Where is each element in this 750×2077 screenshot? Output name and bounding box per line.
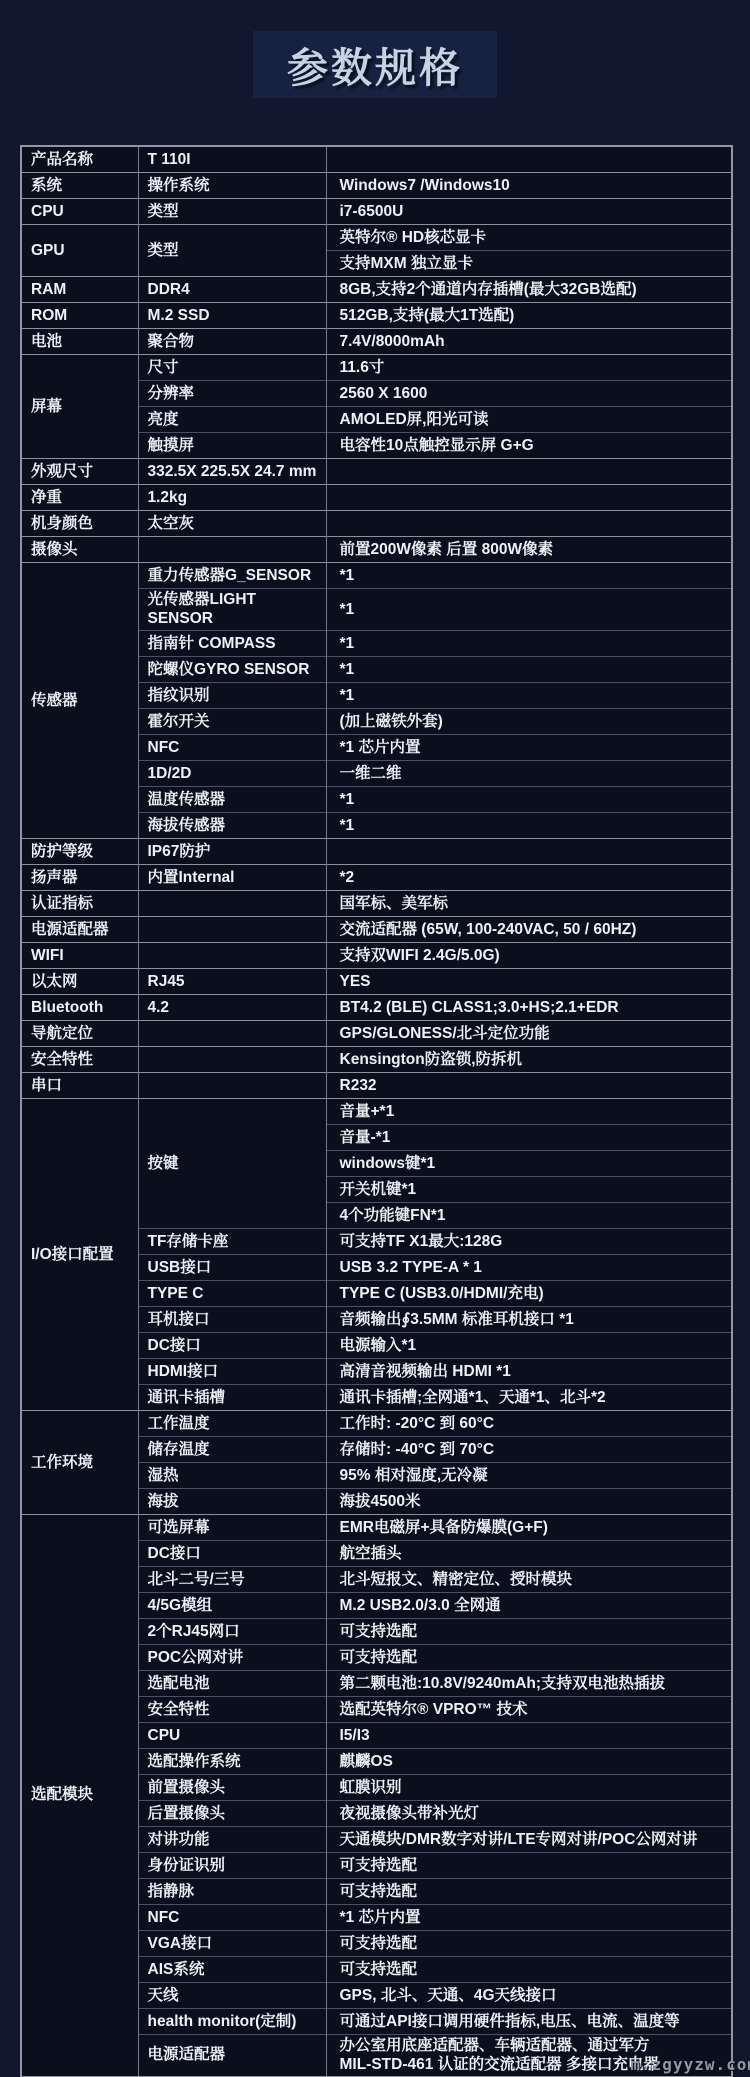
spec-value-cell: (加上磁铁外套) <box>326 708 732 734</box>
spec-category-cell: I/O接口配置 <box>21 1098 138 1410</box>
spec-value-cell: i7-6500U <box>326 199 732 225</box>
spec-sub-cell: 前置摄像头 <box>138 1774 326 1800</box>
spec-sub-cell: 工作温度 <box>138 1410 326 1436</box>
spec-sub-cell <box>138 916 326 942</box>
spec-sub-cell <box>138 942 326 968</box>
spec-sub-cell: 按键 <box>138 1098 326 1228</box>
spec-sub-cell: 对讲功能 <box>138 1826 326 1852</box>
spec-sub-cell: 霍尔开关 <box>138 708 326 734</box>
spec-category-cell: 选配模块 <box>21 1514 138 2076</box>
table-row: 选配模块可选屏幕EMR电磁屏+具备防爆膜(G+F) <box>21 1514 732 1540</box>
spec-sub-cell <box>138 1020 326 1046</box>
table-row: 导航定位GPS/GLONESS/北斗定位功能 <box>21 1020 732 1046</box>
spec-sub-cell: M.2 SSD <box>138 303 326 329</box>
table-row: 传感器重力传感器G_SENSOR*1 <box>21 563 732 589</box>
spec-value-cell: 一维二维 <box>326 760 732 786</box>
spec-sub-cell <box>138 1046 326 1072</box>
spec-value-cell: 可通过API接口调用硬件指标,电压、电流、温度等 <box>326 2008 732 2034</box>
spec-sub-cell: 海拔 <box>138 1488 326 1514</box>
spec-value-cell: 4个功能键FN*1 <box>326 1202 732 1228</box>
spec-sub-cell: 可选屏幕 <box>138 1514 326 1540</box>
spec-sub-cell: health monitor(定制) <box>138 2008 326 2034</box>
spec-value-cell: 可支持TF X1最大:128G <box>326 1228 732 1254</box>
spec-value-cell: *1 <box>326 786 732 812</box>
spec-value-cell: 海拔4500米 <box>326 1488 732 1514</box>
spec-category-cell: 传感器 <box>21 563 138 839</box>
spec-value-cell: 支持双WIFI 2.4G/5.0G) <box>326 942 732 968</box>
spec-sub-cell: 尺寸 <box>138 355 326 381</box>
spec-sub-cell: POC公网对讲 <box>138 1644 326 1670</box>
spec-value-cell: *1 <box>326 812 732 838</box>
spec-sub-cell: 4/5G模组 <box>138 1592 326 1618</box>
spec-value-cell: 交流适配器 (65W, 100-240VAC, 50 / 60HZ) <box>326 916 732 942</box>
spec-value-cell: Windows7 /Windows10 <box>326 173 732 199</box>
spec-value-cell: 高清音视频输出 HDMI *1 <box>326 1358 732 1384</box>
spec-sub-cell: 2个RJ45网口 <box>138 1618 326 1644</box>
spec-category-cell: 电源适配器 <box>21 916 138 942</box>
spec-sub-cell: TYPE C <box>138 1280 326 1306</box>
spec-category-cell: 产品名称 <box>21 146 138 173</box>
table-row: 安全特性Kensington防盗锁,防拆机 <box>21 1046 732 1072</box>
table-row: I/O接口配置按键音量+*1 <box>21 1098 732 1124</box>
spec-value-cell: AMOLED屏,阳光可读 <box>326 407 732 433</box>
table-row: 防护等级IP67防护 <box>21 838 732 864</box>
table-row: 工作环境工作温度工作时: -20°C 到 60°C <box>21 1410 732 1436</box>
table-row: ROMM.2 SSD512GB,支持(最大1T选配) <box>21 303 732 329</box>
spec-sub-cell: 类型 <box>138 199 326 225</box>
spec-value-cell: 可支持选配 <box>326 1878 732 1904</box>
spec-sub-cell: 电源适配器 <box>138 2034 326 2076</box>
table-row: 屏幕尺寸11.6寸 <box>21 355 732 381</box>
spec-sub-cell: DDR4 <box>138 277 326 303</box>
spec-category-cell: Bluetooth <box>21 994 138 1020</box>
spec-value-cell: 航空插头 <box>326 1540 732 1566</box>
spec-sub-cell: HDMI接口 <box>138 1358 326 1384</box>
table-row: WIFI支持双WIFI 2.4G/5.0G) <box>21 942 732 968</box>
spec-value-cell: 麒麟OS <box>326 1748 732 1774</box>
table-row: 电源适配器交流适配器 (65W, 100-240VAC, 50 / 60HZ) <box>21 916 732 942</box>
table-row: 摄像头前置200W像素 后置 800W像素 <box>21 537 732 563</box>
spec-sub-cell: 分辨率 <box>138 381 326 407</box>
table-row: 以太网RJ45YES <box>21 968 732 994</box>
spec-value-cell: *1 <box>326 563 732 589</box>
spec-sub-cell: 北斗二号/三号 <box>138 1566 326 1592</box>
spec-value-cell: *1 <box>326 630 732 656</box>
table-row: 电池聚合物7.4V/8000mAh <box>21 329 732 355</box>
spec-sub-cell: DC接口 <box>138 1540 326 1566</box>
spec-category-cell: 净重 <box>21 485 138 511</box>
spec-category-cell: CPU <box>21 199 138 225</box>
spec-sub-cell: 指纹识别 <box>138 682 326 708</box>
spec-value-cell: 通讯卡插槽;全网通*1、天通*1、北斗*2 <box>326 1384 732 1410</box>
spec-value-cell: 开关机键*1 <box>326 1176 732 1202</box>
spec-sub-cell: T 110I <box>138 146 326 173</box>
spec-category-cell: GPU <box>21 225 138 277</box>
table-row: 产品名称T 110I <box>21 146 732 173</box>
spec-sub-cell: 耳机接口 <box>138 1306 326 1332</box>
spec-value-cell: *1 芯片内置 <box>326 734 732 760</box>
spec-value-cell: 可支持选配 <box>326 1956 732 1982</box>
spec-value-cell: M.2 USB2.0/3.0 全网通 <box>326 1592 732 1618</box>
spec-value-cell: 音频输出∮3.5MM 标准耳机接口 *1 <box>326 1306 732 1332</box>
spec-value-cell: R232 <box>326 1072 732 1098</box>
spec-category-cell: 屏幕 <box>21 355 138 459</box>
spec-value-cell: GPS, 北斗、天通、4G天线接口 <box>326 1982 732 2008</box>
table-row: Bluetooth4.2BT4.2 (BLE) CLASS1;3.0+HS;2.… <box>21 994 732 1020</box>
spec-sub-cell: 后置摄像头 <box>138 1800 326 1826</box>
spec-sub-cell: 内置Internal <box>138 864 326 890</box>
spec-value-cell: 支持MXM 独立显卡 <box>326 251 732 277</box>
spec-category-cell: 导航定位 <box>21 1020 138 1046</box>
spec-value-cell: 可支持选配 <box>326 1930 732 1956</box>
spec-sub-cell: 温度传感器 <box>138 786 326 812</box>
spec-value-cell: TYPE C (USB3.0/HDMI/充电) <box>326 1280 732 1306</box>
spec-value-cell: 可支持选配 <box>326 1852 732 1878</box>
spec-value-cell: BT4.2 (BLE) CLASS1;3.0+HS;2.1+EDR <box>326 994 732 1020</box>
spec-value-cell: GPS/GLONESS/北斗定位功能 <box>326 1020 732 1046</box>
spec-value-cell: 512GB,支持(最大1T选配) <box>326 303 732 329</box>
spec-sub-cell: RJ45 <box>138 968 326 994</box>
table-row: 净重1.2kg <box>21 485 732 511</box>
spec-value-cell: *1 <box>326 656 732 682</box>
spec-value-cell: *1 芯片内置 <box>326 1904 732 1930</box>
spec-sub-cell: 天线 <box>138 1982 326 2008</box>
spec-value-cell: I5/I3 <box>326 1722 732 1748</box>
spec-value-cell: windows键*1 <box>326 1150 732 1176</box>
spec-sub-cell: AIS系统 <box>138 1956 326 1982</box>
table-row: 扬声器内置Internal*2 <box>21 864 732 890</box>
spec-value-cell: 虹膜识别 <box>326 1774 732 1800</box>
page-title-box: 参数规格 <box>253 31 497 98</box>
spec-sub-cell: 太空灰 <box>138 511 326 537</box>
spec-sub-cell: 1.2kg <box>138 485 326 511</box>
page: { "theme":{ "page_bg":"#121730","table_b… <box>0 0 750 2077</box>
spec-category-cell: 防护等级 <box>21 838 138 864</box>
spec-category-cell: WIFI <box>21 942 138 968</box>
spec-value-cell: *1 <box>326 682 732 708</box>
spec-sub-cell: TF存储卡座 <box>138 1228 326 1254</box>
spec-value-cell <box>326 146 732 173</box>
table-row: 外观尺寸332.5X 225.5X 24.7 mm <box>21 459 732 485</box>
spec-sub-cell: 海拔传感器 <box>138 812 326 838</box>
spec-value-cell: 电源输入*1 <box>326 1332 732 1358</box>
spec-value-cell: EMR电磁屏+具备防爆膜(G+F) <box>326 1514 732 1540</box>
spec-sub-cell <box>138 1072 326 1098</box>
table-row: CPU类型i7-6500U <box>21 199 732 225</box>
spec-value-cell: YES <box>326 968 732 994</box>
spec-category-cell: 串口 <box>21 1072 138 1098</box>
spec-category-cell: 外观尺寸 <box>21 459 138 485</box>
spec-value-cell: 天通模块/DMR数字对讲/LTE专网对讲/POC公网对讲 <box>326 1826 732 1852</box>
spec-sub-cell: 身份证识别 <box>138 1852 326 1878</box>
spec-category-cell: 机身颜色 <box>21 511 138 537</box>
spec-table: 产品名称T 110I系统操作系统Windows7 /Windows10CPU类型… <box>20 145 733 2077</box>
spec-category-cell: ROM <box>21 303 138 329</box>
spec-sub-cell: 聚合物 <box>138 329 326 355</box>
spec-sub-cell: 1D/2D <box>138 760 326 786</box>
table-row: 机身颜色太空灰 <box>21 511 732 537</box>
spec-sub-cell: 指南针 COMPASS <box>138 630 326 656</box>
spec-sub-cell: 陀螺仪GYRO SENSOR <box>138 656 326 682</box>
spec-sub-cell: VGA接口 <box>138 1930 326 1956</box>
spec-value-cell: 可支持选配 <box>326 1618 732 1644</box>
spec-sub-cell: 储存温度 <box>138 1436 326 1462</box>
spec-sub-cell: 332.5X 225.5X 24.7 mm <box>138 459 326 485</box>
spec-value-cell: 可支持选配 <box>326 1644 732 1670</box>
spec-category-cell: 工作环境 <box>21 1410 138 1514</box>
spec-sub-cell: 触摸屏 <box>138 433 326 459</box>
spec-sub-cell: 通讯卡插槽 <box>138 1384 326 1410</box>
spec-value-cell: 8GB,支持2个通道内存插槽(最大32GB选配) <box>326 277 732 303</box>
spec-sub-cell: 重力传感器G_SENSOR <box>138 563 326 589</box>
spec-sub-cell: 4.2 <box>138 994 326 1020</box>
watermark: m.zgyyzw.com <box>630 2055 750 2074</box>
spec-value-cell: USB 3.2 TYPE-A * 1 <box>326 1254 732 1280</box>
spec-value-cell: 前置200W像素 后置 800W像素 <box>326 537 732 563</box>
page-title: 参数规格 <box>287 35 463 94</box>
spec-sub-cell: IP67防护 <box>138 838 326 864</box>
spec-sub-cell <box>138 537 326 563</box>
spec-value-cell <box>326 838 732 864</box>
spec-value-cell: *1 <box>326 589 732 631</box>
spec-category-cell: 电池 <box>21 329 138 355</box>
spec-value-cell: 第二颗电池:10.8V/9240mAh;支持双电池热插拔 <box>326 1670 732 1696</box>
spec-value-cell <box>326 485 732 511</box>
spec-value-cell: 11.6寸 <box>326 355 732 381</box>
spec-category-cell: 系统 <box>21 173 138 199</box>
spec-value-cell <box>326 459 732 485</box>
spec-value-cell: 电容性10点触控显示屏 G+G <box>326 433 732 459</box>
spec-value-cell: 北斗短报文、精密定位、授时模块 <box>326 1566 732 1592</box>
spec-sub-cell: NFC <box>138 734 326 760</box>
spec-value-cell: Kensington防盗锁,防拆机 <box>326 1046 732 1072</box>
table-row: 系统操作系统Windows7 /Windows10 <box>21 173 732 199</box>
spec-value-cell <box>326 511 732 537</box>
spec-sub-cell <box>138 890 326 916</box>
spec-sub-cell: 选配操作系统 <box>138 1748 326 1774</box>
spec-sub-cell: NFC <box>138 1904 326 1930</box>
spec-table-body: 产品名称T 110I系统操作系统Windows7 /Windows10CPU类型… <box>21 146 732 2077</box>
table-row: GPU类型英特尔® HD核芯显卡 <box>21 225 732 251</box>
spec-sub-cell: 选配电池 <box>138 1670 326 1696</box>
spec-value-cell: 95% 相对湿度,无冷凝 <box>326 1462 732 1488</box>
spec-sub-cell: 操作系统 <box>138 173 326 199</box>
spec-sub-cell: USB接口 <box>138 1254 326 1280</box>
spec-sub-cell: 指静脉 <box>138 1878 326 1904</box>
spec-value-cell: 存储时: -40°C 到 70°C <box>326 1436 732 1462</box>
table-row: 认证指标国军标、美军标 <box>21 890 732 916</box>
spec-category-cell: 扬声器 <box>21 864 138 890</box>
spec-value-cell: 音量+*1 <box>326 1098 732 1124</box>
spec-value-cell: 工作时: -20°C 到 60°C <box>326 1410 732 1436</box>
spec-value-cell: 国军标、美军标 <box>326 890 732 916</box>
spec-sub-cell: 类型 <box>138 225 326 277</box>
spec-sub-cell: DC接口 <box>138 1332 326 1358</box>
spec-category-cell: 安全特性 <box>21 1046 138 1072</box>
table-row: RAMDDR48GB,支持2个通道内存插槽(最大32GB选配) <box>21 277 732 303</box>
spec-value-cell: 选配英特尔® VPRO™ 技术 <box>326 1696 732 1722</box>
spec-sub-cell: 亮度 <box>138 407 326 433</box>
spec-value-cell: 2560 X 1600 <box>326 381 732 407</box>
spec-sub-cell: 光传感器LIGHT SENSOR <box>138 589 326 631</box>
spec-value-cell: 7.4V/8000mAh <box>326 329 732 355</box>
spec-category-cell: 以太网 <box>21 968 138 994</box>
spec-category-cell: 摄像头 <box>21 537 138 563</box>
table-row: 串口R232 <box>21 1072 732 1098</box>
spec-sub-cell: CPU <box>138 1722 326 1748</box>
spec-category-cell: RAM <box>21 277 138 303</box>
spec-value-cell: 英特尔® HD核芯显卡 <box>326 225 732 251</box>
spec-category-cell: 认证指标 <box>21 890 138 916</box>
spec-value-cell: 夜视摄像头带补光灯 <box>326 1800 732 1826</box>
spec-sub-cell: 安全特性 <box>138 1696 326 1722</box>
spec-value-cell: *2 <box>326 864 732 890</box>
spec-sub-cell: 湿热 <box>138 1462 326 1488</box>
spec-value-cell: 音量-*1 <box>326 1124 732 1150</box>
